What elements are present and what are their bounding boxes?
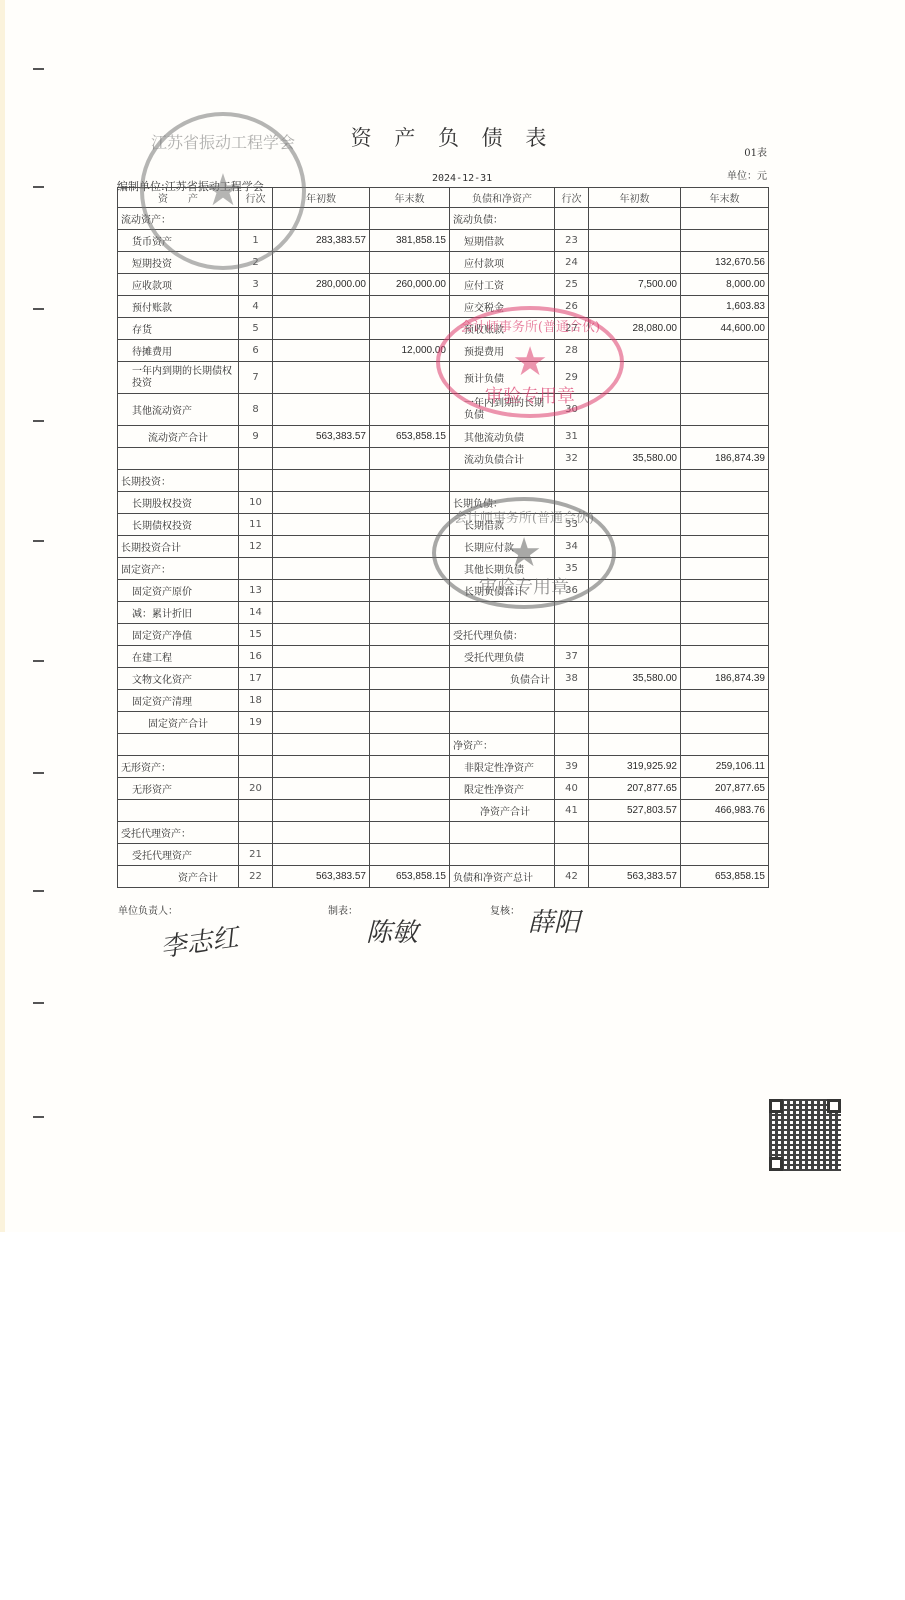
table-row: 固定资产净值15受托代理负债： [118,624,769,646]
liability-line-no [555,822,589,844]
liability-begin-value [589,470,681,492]
table-row: 短期投资2应付款项24132,670.56 [118,252,769,274]
asset-end-value: 653,858.15 [370,866,450,888]
liability-end-value [681,558,769,580]
liability-end-value: 207,877.65 [681,778,769,800]
asset-label: 长期股权投资 [118,492,239,514]
liability-line-no: 32 [555,448,589,470]
liability-end-value [681,394,769,426]
asset-begin-value [273,252,370,274]
liability-end-value: 466,983.76 [681,800,769,822]
liability-label: 非限定性净资产 [450,756,555,778]
asset-label: 短期投资 [118,252,239,274]
asset-end-value: 653,858.15 [370,426,450,448]
asset-begin-value: 280,000.00 [273,274,370,296]
liability-begin-value: 319,925.92 [589,756,681,778]
asset-label: 长期债权投资 [118,514,239,536]
table-row: 无形资产：非限定性净资产39319,925.92259,106.11 [118,756,769,778]
liability-label: 长期负债： [450,492,555,514]
liability-label: 长期应付款 [450,536,555,558]
table-row: 固定资产清理18 [118,690,769,712]
asset-label: 文物文化资产 [118,668,239,690]
liability-line-no [555,624,589,646]
asset-line-no: 4 [239,296,273,318]
liability-end-value [681,712,769,734]
liability-label: 受托代理负债 [450,646,555,668]
reviewer-signature: 薛阳 [528,902,580,939]
asset-line-no: 16 [239,646,273,668]
asset-label [118,448,239,470]
table-row: 固定资产：其他长期负债35 [118,558,769,580]
asset-label: 受托代理资产： [118,822,239,844]
header-liabilities: 负债和净资产 [450,188,555,208]
liability-begin-value [589,822,681,844]
header-end: 年末数 [681,188,769,208]
liability-line-no [555,470,589,492]
liability-end-value: 186,874.39 [681,448,769,470]
header-line-no: 行次 [555,188,589,208]
liability-end-value [681,536,769,558]
liability-label: 应交税金 [450,296,555,318]
asset-begin-value [273,668,370,690]
liability-line-no: 28 [555,340,589,362]
table-row: 流动资产：流动负债： [118,208,769,230]
liability-line-no: 35 [555,558,589,580]
liability-line-no [555,844,589,866]
asset-line-no: 20 [239,778,273,800]
liability-label: 应付工资 [450,274,555,296]
asset-line-no: 9 [239,426,273,448]
asset-end-value [370,470,450,492]
asset-end-value [370,492,450,514]
asset-begin-value [273,318,370,340]
asset-label: 资产合计 [118,866,239,888]
asset-begin-value [273,646,370,668]
table-row: 待摊费用612,000.00预提费用28 [118,340,769,362]
asset-begin-value [273,492,370,514]
binding-mark [33,186,44,188]
liability-line-no: 23 [555,230,589,252]
liability-label [450,844,555,866]
liability-label: 一年内到期的长期负债 [450,394,555,426]
liability-begin-value [589,208,681,230]
liability-end-value [681,734,769,756]
asset-label: 固定资产合计 [118,712,239,734]
liability-begin-value: 28,080.00 [589,318,681,340]
liability-end-value: 132,670.56 [681,252,769,274]
liability-line-no: 36 [555,580,589,602]
asset-label: 固定资产： [118,558,239,580]
asset-label: 流动资产合计 [118,426,239,448]
table-row: 长期投资合计12长期应付款34 [118,536,769,558]
liability-end-value [681,844,769,866]
table-row: 减：累计折旧14 [118,602,769,624]
asset-end-value [370,252,450,274]
asset-label: 预付账款 [118,296,239,318]
balance-sheet-table: 资 产 行次 年初数 年末数 负债和净资产 行次 年初数 年末数 流动资产：流动… [117,187,769,888]
asset-line-no: 17 [239,668,273,690]
asset-begin-value: 283,383.57 [273,230,370,252]
table-row: 受托代理资产21 [118,844,769,866]
asset-line-no: 6 [239,340,273,362]
asset-line-no: 2 [239,252,273,274]
table-row: 一年内到期的长期债权投资7预计负债29 [118,362,769,394]
asset-line-no: 8 [239,394,273,426]
liability-line-no: 31 [555,426,589,448]
liability-label: 流动负债： [450,208,555,230]
binding-mark [33,420,44,422]
asset-end-value [370,646,450,668]
asset-label: 受托代理资产 [118,844,239,866]
asset-line-no [239,734,273,756]
liability-line-no: 30 [555,394,589,426]
liability-begin-value: 563,383.57 [589,866,681,888]
liability-end-value [681,492,769,514]
table-row: 货币资产1283,383.57381,858.15短期借款23 [118,230,769,252]
table-row: 长期债权投资11长期借款33 [118,514,769,536]
liability-begin-value [589,624,681,646]
header-assets: 资 产 [118,188,239,208]
binding-mark [33,1002,44,1004]
table-row: 固定资产原价13长期负债合计36 [118,580,769,602]
liability-label: 受托代理负债： [450,624,555,646]
asset-label: 在建工程 [118,646,239,668]
asset-line-no [239,756,273,778]
asset-end-value [370,318,450,340]
asset-begin-value [273,296,370,318]
liability-label [450,822,555,844]
liability-begin-value [589,252,681,274]
asset-begin-value [273,470,370,492]
liability-end-value [681,208,769,230]
liability-begin-value [589,296,681,318]
binding-mark [33,540,44,542]
liability-begin-value: 35,580.00 [589,448,681,470]
liability-label: 负债合计 [450,668,555,690]
liability-begin-value [589,602,681,624]
liability-label [450,470,555,492]
preparer-label: 制表： [328,902,358,917]
asset-line-no [239,822,273,844]
asset-label: 其他流动资产 [118,394,239,426]
liability-begin-value: 527,803.57 [589,800,681,822]
liability-line-no: 38 [555,668,589,690]
liability-label: 短期借款 [450,230,555,252]
liability-label: 净资产： [450,734,555,756]
liability-line-no: 39 [555,756,589,778]
liability-label: 其他长期负债 [450,558,555,580]
header-begin: 年初数 [589,188,681,208]
liability-end-value [681,426,769,448]
asset-label: 一年内到期的长期债权投资 [118,362,239,394]
liability-line-no: 29 [555,362,589,394]
document-title: 资 产 负 债 表 [0,122,905,152]
asset-label [118,800,239,822]
asset-end-value [370,208,450,230]
liability-label: 应付款项 [450,252,555,274]
asset-begin-value [273,712,370,734]
liability-line-no [555,602,589,624]
asset-end-value [370,624,450,646]
asset-begin-value [273,448,370,470]
liability-end-value: 186,874.39 [681,668,769,690]
asset-begin-value [273,208,370,230]
reviewer-label: 复核： [490,902,520,917]
page-edge [0,0,5,1232]
liability-begin-value [589,690,681,712]
liability-line-no: 27 [555,318,589,340]
asset-line-no [239,558,273,580]
header-line-no: 行次 [239,188,273,208]
liability-line-no: 25 [555,274,589,296]
asset-end-value [370,536,450,558]
asset-begin-value: 563,383.57 [273,426,370,448]
liability-end-value [681,230,769,252]
binding-mark [33,890,44,892]
liability-begin-value: 207,877.65 [589,778,681,800]
table-row: 无形资产20限定性净资产40207,877.65207,877.65 [118,778,769,800]
liability-line-no: 40 [555,778,589,800]
liability-label: 限定性净资产 [450,778,555,800]
binding-mark [33,68,44,70]
liability-line-no: 42 [555,866,589,888]
asset-label: 流动资产： [118,208,239,230]
asset-label: 货币资产 [118,230,239,252]
liability-label [450,690,555,712]
liability-line-no [555,734,589,756]
liability-begin-value [589,580,681,602]
liability-label [450,602,555,624]
asset-line-no: 15 [239,624,273,646]
table-row: 存货5预收账款2728,080.0044,600.00 [118,318,769,340]
liability-begin-value [589,712,681,734]
asset-label: 减：累计折旧 [118,602,239,624]
header-end: 年末数 [370,188,450,208]
liability-label: 其他流动负债 [450,426,555,448]
asset-end-value: 260,000.00 [370,274,450,296]
liability-begin-value [589,844,681,866]
liability-label: 负债和净资产总计 [450,866,555,888]
asset-begin-value [273,580,370,602]
liability-begin-value [589,514,681,536]
liability-label: 长期借款 [450,514,555,536]
asset-begin-value [273,602,370,624]
asset-begin-value [273,778,370,800]
asset-end-value [370,558,450,580]
liability-begin-value: 7,500.00 [589,274,681,296]
asset-label: 长期投资： [118,470,239,492]
asset-end-value: 12,000.00 [370,340,450,362]
liability-line-no [555,492,589,514]
asset-end-value [370,734,450,756]
liability-line-no: 37 [555,646,589,668]
asset-begin-value: 563,383.57 [273,866,370,888]
asset-line-no [239,470,273,492]
asset-line-no [239,208,273,230]
binding-mark [33,772,44,774]
asset-end-value [370,844,450,866]
liability-end-value [681,340,769,362]
qr-code-icon [769,1099,841,1171]
liability-begin-value [589,230,681,252]
table-header: 资 产 行次 年初数 年末数 负债和净资产 行次 年初数 年末数 [118,188,769,208]
asset-begin-value [273,340,370,362]
liability-end-value [681,690,769,712]
asset-line-no: 5 [239,318,273,340]
liability-begin-value [589,394,681,426]
liability-line-no [555,690,589,712]
table-row: 在建工程16受托代理负债37 [118,646,769,668]
liability-end-value [681,470,769,492]
asset-end-value [370,778,450,800]
preparer-signature: 陈敏 [366,912,418,949]
liability-line-no: 41 [555,800,589,822]
asset-end-value [370,800,450,822]
table-row: 净资产： [118,734,769,756]
liability-label: 流动负债合计 [450,448,555,470]
asset-label: 长期投资合计 [118,536,239,558]
asset-begin-value [273,734,370,756]
liability-end-value: 259,106.11 [681,756,769,778]
asset-end-value [370,756,450,778]
table-row: 流动负债合计3235,580.00186,874.39 [118,448,769,470]
asset-end-value [370,362,450,394]
liability-end-value: 44,600.00 [681,318,769,340]
liability-end-value: 8,000.00 [681,274,769,296]
asset-label: 固定资产原价 [118,580,239,602]
liability-begin-value [589,646,681,668]
table-row: 文物文化资产17负债合计3835,580.00186,874.39 [118,668,769,690]
liability-begin-value [589,558,681,580]
liability-begin-value [589,734,681,756]
table-row: 应收款项3280,000.00260,000.00应付工资257,500.008… [118,274,769,296]
asset-label: 存货 [118,318,239,340]
asset-end-value [370,822,450,844]
asset-end-value [370,448,450,470]
table-row: 受托代理资产： [118,822,769,844]
liability-begin-value [589,536,681,558]
asset-begin-value [273,514,370,536]
asset-end-value [370,668,450,690]
asset-label: 待摊费用 [118,340,239,362]
asset-label [118,734,239,756]
head-label: 单位负责人： [118,902,178,917]
binding-mark [33,1116,44,1118]
table-row: 固定资产合计19 [118,712,769,734]
liability-label [450,712,555,734]
asset-line-no [239,448,273,470]
header-begin: 年初数 [273,188,370,208]
liability-label: 预计负债 [450,362,555,394]
asset-begin-value [273,536,370,558]
liability-label: 长期负债合计 [450,580,555,602]
asset-line-no: 19 [239,712,273,734]
table-row: 流动资产合计9563,383.57653,858.15其他流动负债31 [118,426,769,448]
asset-line-no: 21 [239,844,273,866]
liability-end-value [681,822,769,844]
asset-begin-value [273,558,370,580]
asset-end-value [370,514,450,536]
liability-label: 净资产合计 [450,800,555,822]
liability-end-value: 653,858.15 [681,866,769,888]
asset-begin-value [273,756,370,778]
liability-end-value [681,602,769,624]
liability-end-value [681,514,769,536]
asset-line-no: 14 [239,602,273,624]
asset-end-value [370,712,450,734]
asset-line-no: 1 [239,230,273,252]
asset-label: 无形资产 [118,778,239,800]
asset-line-no: 12 [239,536,273,558]
liability-line-no: 34 [555,536,589,558]
liability-line-no: 33 [555,514,589,536]
asset-end-value [370,690,450,712]
binding-mark [33,308,44,310]
liability-line-no [555,208,589,230]
asset-label: 固定资产清理 [118,690,239,712]
report-date: 2024-12-31 [432,173,492,184]
liability-end-value [681,580,769,602]
asset-end-value [370,296,450,318]
liability-end-value [681,362,769,394]
table-row: 资产合计22563,383.57653,858.15负债和净资产总计42563,… [118,866,769,888]
asset-begin-value [273,394,370,426]
asset-begin-value [273,690,370,712]
asset-line-no: 13 [239,580,273,602]
asset-begin-value [273,624,370,646]
liability-begin-value [589,492,681,514]
asset-line-no: 18 [239,690,273,712]
liability-begin-value [589,426,681,448]
liability-begin-value [589,362,681,394]
currency-unit: 单位：元 [727,167,767,182]
asset-end-value: 381,858.15 [370,230,450,252]
asset-begin-value [273,822,370,844]
liability-line-no: 26 [555,296,589,318]
liability-begin-value: 35,580.00 [589,668,681,690]
liability-end-value: 1,603.83 [681,296,769,318]
asset-begin-value [273,844,370,866]
table-row: 净资产合计41527,803.57466,983.76 [118,800,769,822]
table-row: 其他流动资产8一年内到期的长期负债30 [118,394,769,426]
asset-line-no: 11 [239,514,273,536]
liability-label: 预提费用 [450,340,555,362]
asset-label: 无形资产： [118,756,239,778]
asset-end-value [370,394,450,426]
asset-line-no: 3 [239,274,273,296]
liability-line-no: 24 [555,252,589,274]
binding-mark [33,660,44,662]
table-row: 预付账款4应交税金261,603.83 [118,296,769,318]
liability-line-no [555,712,589,734]
asset-label: 固定资产净值 [118,624,239,646]
asset-line-no [239,800,273,822]
asset-end-value [370,580,450,602]
liability-end-value [681,646,769,668]
asset-label: 应收款项 [118,274,239,296]
liability-begin-value [589,340,681,362]
table-row: 长期投资： [118,470,769,492]
asset-line-no: 10 [239,492,273,514]
asset-end-value [370,602,450,624]
asset-line-no: 7 [239,362,273,394]
asset-begin-value [273,362,370,394]
asset-line-no: 22 [239,866,273,888]
table-row: 长期股权投资10长期负债： [118,492,769,514]
liability-label: 预收账款 [450,318,555,340]
form-number: 01表 [744,144,767,159]
asset-begin-value [273,800,370,822]
